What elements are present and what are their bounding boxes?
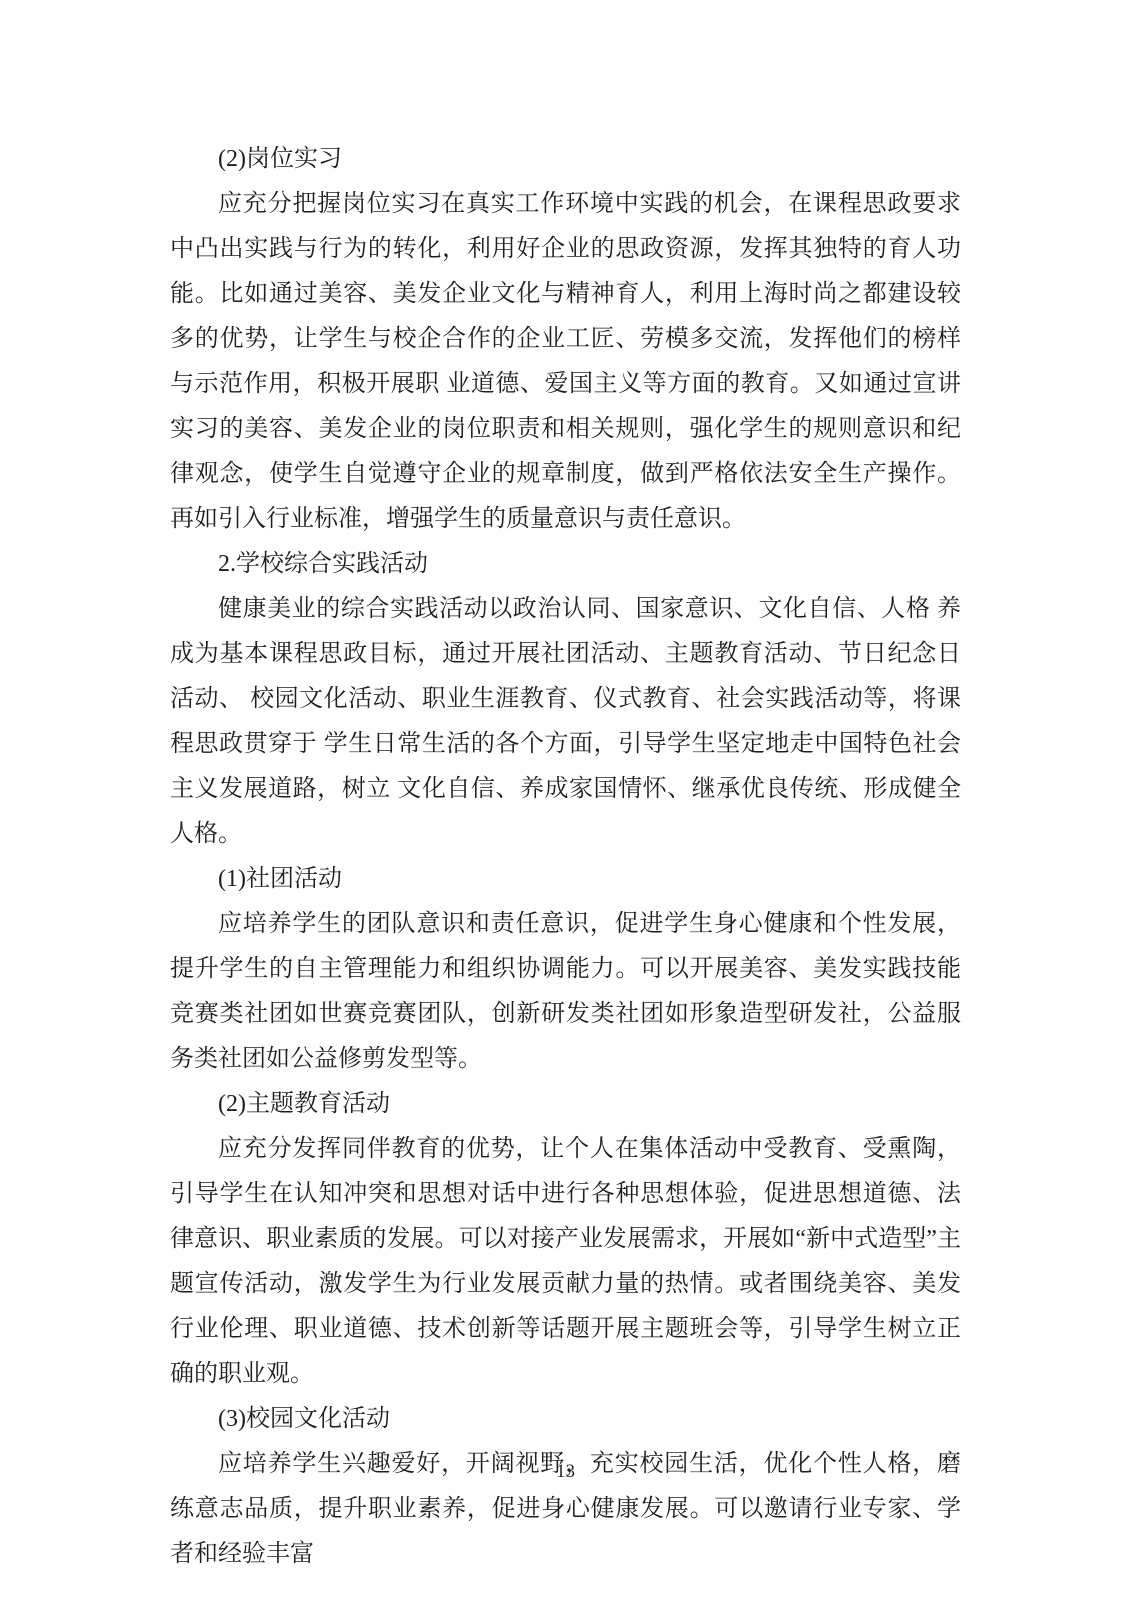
section-subheading: (1)社团活动 [170,857,961,902]
section-subheading: (2)岗位实习 [170,137,961,182]
section-subheading: (3)校园文化活动 [170,1397,961,1442]
section-subheading: 2.学校综合实践活动 [170,542,961,587]
body-paragraph: 应充分发挥同伴教育的优势，让个人在集体活动中受教育、受熏陶，引导学生在认知冲突和… [170,1127,961,1397]
body-paragraph: 应充分把握岗位实习在真实工作环境中实践的机会，在课程思政要求中凸出实践与行为的转… [170,182,961,542]
page-number: 13 [556,1461,575,1482]
document-page: (2)岗位实习应充分把握岗位实习在真实工作环境中实践的机会，在课程思政要求中凸出… [0,0,1131,1600]
body-paragraph: 健康美业的综合实践活动以政治认同、国家意识、文化自信、人格 养成为基本课程思政目… [170,587,961,857]
document-body: (2)岗位实习应充分把握岗位实习在真实工作环境中实践的机会，在课程思政要求中凸出… [170,137,961,1577]
section-subheading: (2)主题教育活动 [170,1082,961,1127]
body-paragraph: 应培养学生的团队意识和责任意识，促进学生身心健康和个性发展，提升学生的自主管理能… [170,902,961,1082]
page-footer: 13 [0,1461,1131,1483]
